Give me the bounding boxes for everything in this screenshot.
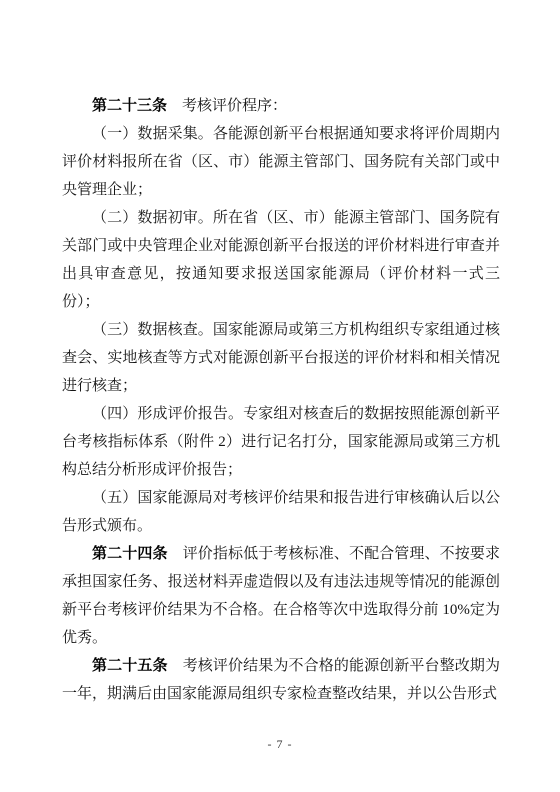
- paragraph-text: （二）数据初审。所在省（区、市）能源主管部门、国务院有关部门或中央管理企业对能源…: [62, 210, 500, 310]
- paragraph-article-25: 第二十五条 考核评价结果为不合格的能源创新平台整改期为一年，期满后由国家能源局组…: [62, 652, 500, 708]
- paragraph-text: 考核评价程序：: [167, 98, 287, 114]
- document-page: 第二十三条 考核评价程序： （一）数据采集。各能源创新平台根据通知要求将评价周期…: [0, 0, 560, 792]
- document-body: 第二十三条 考核评价程序： （一）数据采集。各能源创新平台根据通知要求将评价周期…: [62, 92, 500, 708]
- paragraph-text: （四）形成评价报告。专家组对核查后的数据按照能源创新平台考核指标体系（附件 2）…: [62, 406, 500, 478]
- clause-number-25: 第二十五条: [92, 658, 168, 674]
- paragraph-item-2: （二）数据初审。所在省（区、市）能源主管部门、国务院有关部门或中央管理企业对能源…: [62, 204, 500, 316]
- clause-number-23: 第二十三条: [92, 98, 167, 114]
- paragraph-item-1: （一）数据采集。各能源创新平台根据通知要求将评价周期内评价材料报所在省（区、市）…: [62, 120, 500, 204]
- paragraph-article-23: 第二十三条 考核评价程序：: [62, 92, 500, 120]
- paragraph-article-24: 第二十四条 评价指标低于考核标准、不配合管理、不按要求承担国家任务、报送材料弄虚…: [62, 540, 500, 652]
- paragraph-item-5: （五）国家能源局对考核评价结果和报告进行审核确认后以公告形式颁布。: [62, 484, 500, 540]
- paragraph-item-3: （三）数据核查。国家能源局或第三方机构组织专家组通过核查会、实地核查等方式对能源…: [62, 316, 500, 400]
- paragraph-item-4: （四）形成评价报告。专家组对核查后的数据按照能源创新平台考核指标体系（附件 2）…: [62, 400, 500, 484]
- paragraph-text: （一）数据采集。各能源创新平台根据通知要求将评价周期内评价材料报所在省（区、市）…: [62, 126, 500, 198]
- paragraph-text: （三）数据核查。国家能源局或第三方机构组织专家组通过核查会、实地核查等方式对能源…: [62, 322, 500, 394]
- page-number: - 7 -: [0, 736, 560, 752]
- clause-number-24: 第二十四条: [92, 546, 168, 562]
- paragraph-text: （五）国家能源局对考核评价结果和报告进行审核确认后以公告形式颁布。: [62, 490, 500, 534]
